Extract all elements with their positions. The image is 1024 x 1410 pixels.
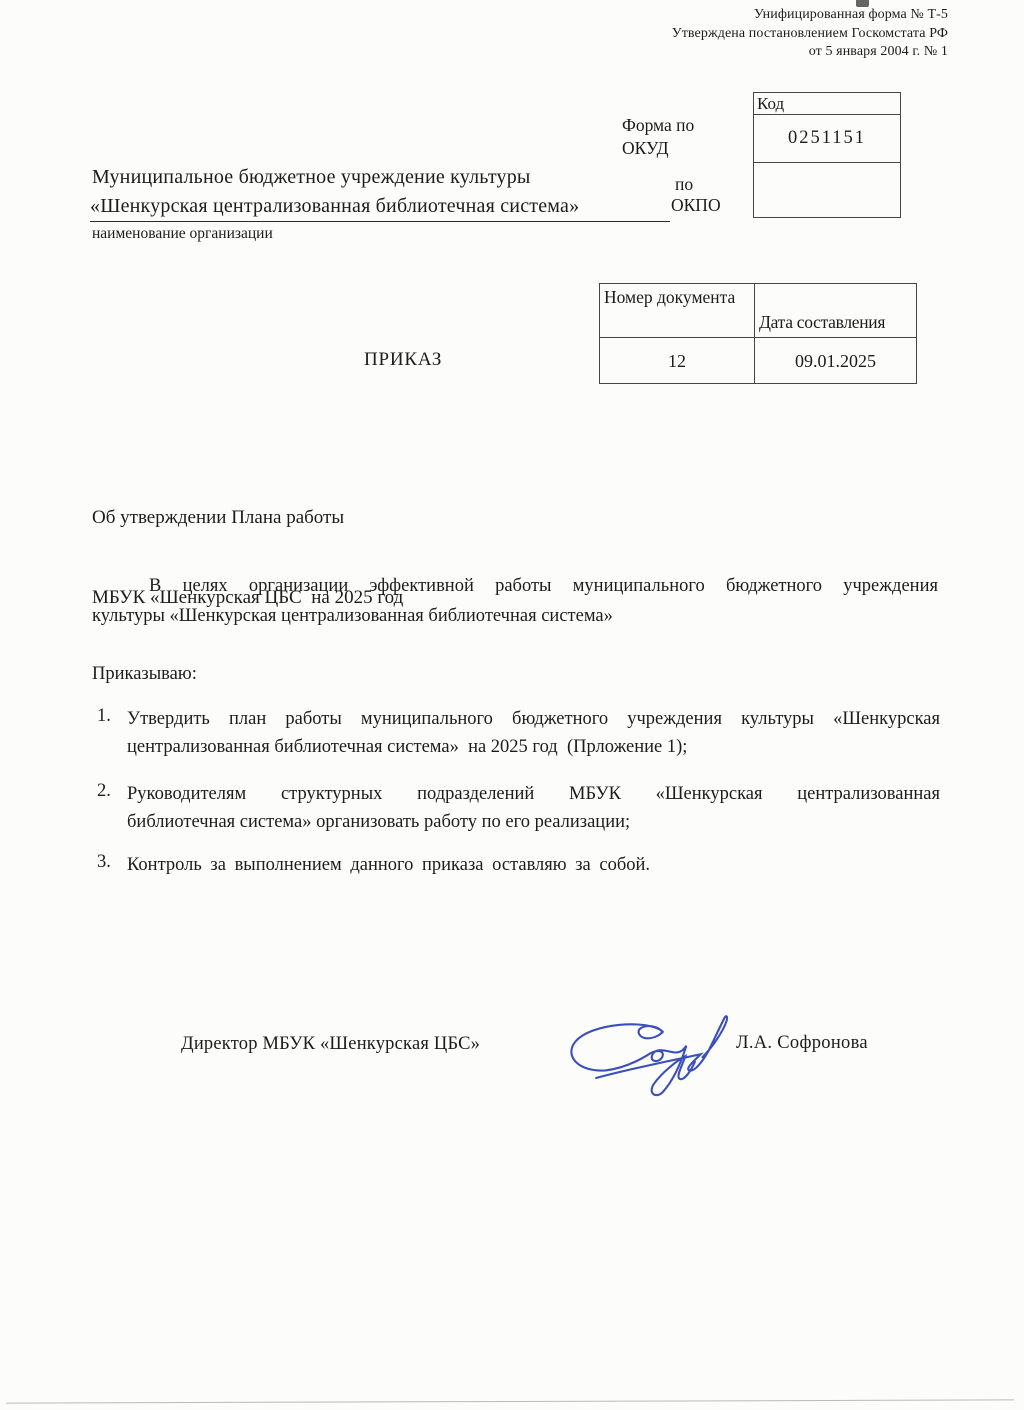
body-line-1: В целях организации эффективной работы м… bbox=[92, 571, 938, 601]
form-header-line-2: Утверждена постановлением Госкомстата РФ bbox=[500, 25, 948, 44]
organization-name-underline: «Шенкурская централизованная библиотечна… bbox=[90, 195, 670, 222]
form-header-line-1: Унифицированная форма № Т-5 bbox=[500, 6, 948, 25]
order-item-2-text: Руководителям структурных подразделений … bbox=[127, 781, 940, 836]
form-header-line-3: от 5 января 2004 г. № 1 bbox=[500, 43, 948, 62]
order-item-2-line-1: Руководителям структурных подразделений … bbox=[127, 781, 940, 809]
order-item-3-number: 3. bbox=[97, 852, 127, 880]
document-number-cell: 12 bbox=[600, 338, 755, 384]
document-date-cell: 09.01.2025 bbox=[755, 338, 917, 384]
order-item-2-line-2: библиотечная система» организовать работ… bbox=[127, 809, 940, 837]
okud-label-line-1: Форма по bbox=[622, 114, 732, 137]
order-item-1-line-1: Утвердить план работы муниципального бюд… bbox=[127, 706, 940, 734]
order-item-2: 2. Руководителям структурных подразделен… bbox=[97, 781, 940, 836]
signer-name: Л.А. Софронова bbox=[736, 1033, 868, 1054]
form-header-note: Унифицированная форма № Т-5 Утверждена п… bbox=[500, 6, 948, 62]
okud-label-line-2: ОКУД bbox=[622, 137, 732, 160]
order-title: ПРИКАЗ bbox=[364, 349, 442, 371]
organization-name-caption: наименование организации bbox=[92, 225, 273, 243]
document-meta-table: Номер документа Дата составления 12 09.0… bbox=[599, 283, 917, 384]
order-body-paragraph: В целях организации эффективной работы м… bbox=[92, 571, 938, 631]
code-header-cell: Код bbox=[754, 93, 900, 115]
order-item-3: 3. Контроль за выполнением данного прика… bbox=[97, 852, 940, 880]
order-subject: Об утверждении Плана работы МБУК «Шенкур… bbox=[92, 452, 403, 664]
order-item-2-number: 2. bbox=[97, 781, 127, 836]
organization-name-line-1: Муниципальное бюджетное учреждение культ… bbox=[92, 166, 531, 189]
order-items-list: 1. Утвердить план работы муниципального … bbox=[97, 706, 940, 900]
order-item-1-number: 1. bbox=[97, 706, 127, 761]
order-item-1-text: Утвердить план работы муниципального бюд… bbox=[127, 706, 940, 761]
order-item-1-line-2: централизованная библиотечная система» н… bbox=[127, 734, 940, 762]
okpo-label-word: ОКПО bbox=[671, 195, 721, 216]
code-table: Код 0251151 bbox=[753, 92, 901, 218]
document-page: Унифицированная форма № Т-5 Утверждена п… bbox=[0, 0, 1024, 1410]
order-item-1: 1. Утвердить план работы муниципального … bbox=[97, 706, 940, 761]
okud-form-label: Форма по ОКУД bbox=[622, 114, 732, 160]
okpo-code-cell bbox=[754, 163, 900, 217]
scan-edge-line bbox=[6, 1399, 1014, 1403]
directive-word: Приказываю: bbox=[92, 664, 197, 685]
subject-line-1: Об утверждении Плана работы bbox=[92, 505, 403, 532]
signature-stroke-main bbox=[571, 1024, 662, 1070]
order-item-3-text: Контроль за выполнением данного приказа … bbox=[127, 852, 940, 880]
date-header-cell: Дата составления bbox=[755, 284, 917, 338]
signer-position-label: Директор МБУК «Шенкурская ЦБС» bbox=[181, 1034, 480, 1055]
body-line-2: культуры «Шенкурская централизованная би… bbox=[92, 601, 938, 631]
organization-name-line-2: «Шенкурская централизованная библиотечна… bbox=[90, 195, 579, 217]
number-header-cell: Номер документа bbox=[600, 284, 755, 338]
okpo-label-po: по bbox=[675, 174, 693, 195]
order-item-3-line-1: Контроль за выполнением данного приказа … bbox=[127, 852, 940, 880]
okud-code-cell: 0251151 bbox=[754, 115, 900, 163]
handwritten-signature bbox=[536, 1002, 736, 1097]
